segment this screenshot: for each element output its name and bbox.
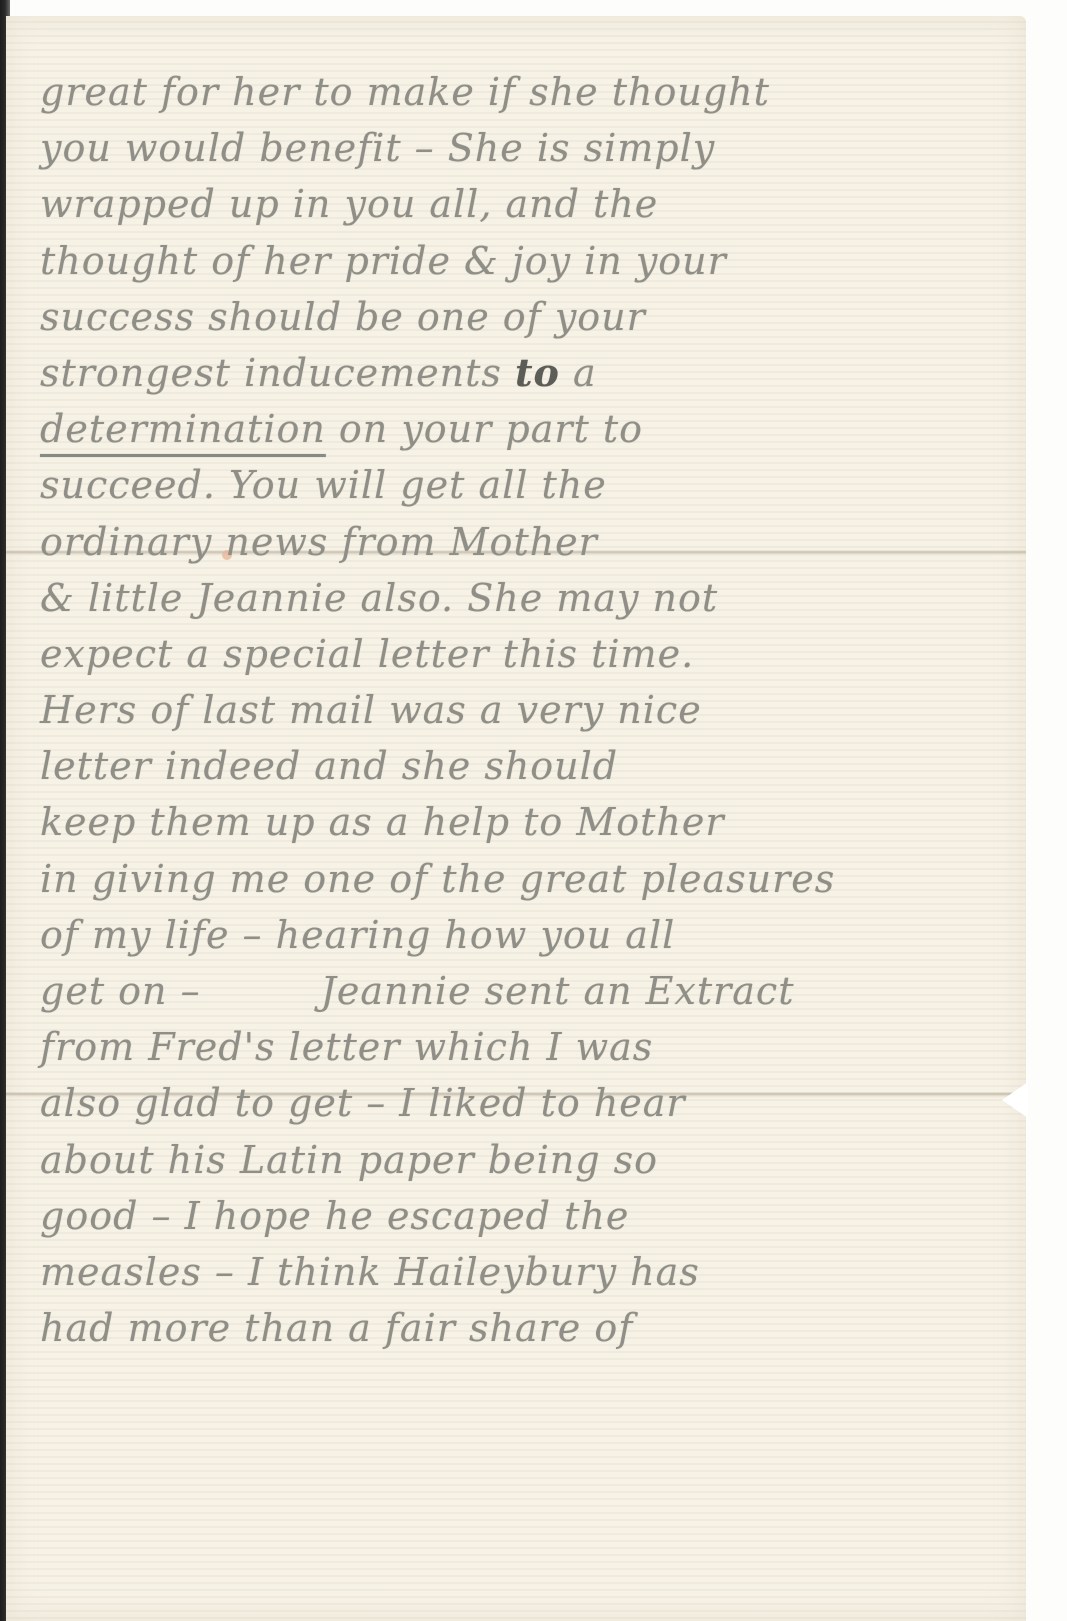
text-line: wrapped up in you all, and the	[40, 176, 1000, 232]
text-line: get on –Jeannie sent an Extract	[40, 963, 1000, 1019]
text-line: succeed. You will get all the	[40, 457, 1000, 513]
text-segment: on your part to	[326, 407, 643, 451]
text-line: measles – I think Haileybury has	[40, 1244, 1000, 1300]
letter-page: great for her to make if she thought you…	[6, 16, 1026, 1621]
text-line: good – I hope he escaped the	[40, 1188, 1000, 1244]
text-line: of my life – hearing how you all	[40, 907, 1000, 963]
text-line: had more than a fair share of	[40, 1300, 1000, 1356]
text-line: you would benefit – She is simply	[40, 120, 1000, 176]
text-line: great for her to make if she thought	[40, 64, 1000, 120]
letter-scan: great for her to make if she thought you…	[0, 0, 1067, 1621]
text-line: Hers of last mail was a very nice	[40, 682, 1000, 738]
text-line: success should be one of your	[40, 289, 1000, 345]
text-line: thought of her pride & joy in your	[40, 233, 1000, 289]
handwritten-text-body: great for her to make if she thought you…	[40, 64, 1000, 1356]
text-line: determination on your part to	[40, 401, 1000, 457]
text-segment: Jeannie sent an Extract	[321, 969, 795, 1013]
underlined-word: determination	[40, 407, 326, 451]
emphasized-word: to	[515, 350, 560, 395]
text-segment: a	[560, 351, 597, 395]
text-line: strongest inducements to a	[40, 345, 1000, 401]
text-line: about his Latin paper being so	[40, 1132, 1000, 1188]
text-line: in giving me one of the great pleasures	[40, 851, 1000, 907]
torn-edge-notch	[1002, 1082, 1028, 1118]
text-line: from Fred's letter which I was	[40, 1019, 1000, 1075]
text-line: expect a special letter this time.	[40, 626, 1000, 682]
text-segment: get on –	[40, 969, 201, 1013]
text-line: & little Jeannie also. She may not	[40, 570, 1000, 626]
text-line: keep them up as a help to Mother	[40, 794, 1000, 850]
text-line: also glad to get – I liked to hear	[40, 1075, 1000, 1131]
text-segment: strongest inducements	[40, 351, 515, 395]
text-line: ordinary news from Mother	[40, 514, 1000, 570]
text-line: letter indeed and she should	[40, 738, 1000, 794]
